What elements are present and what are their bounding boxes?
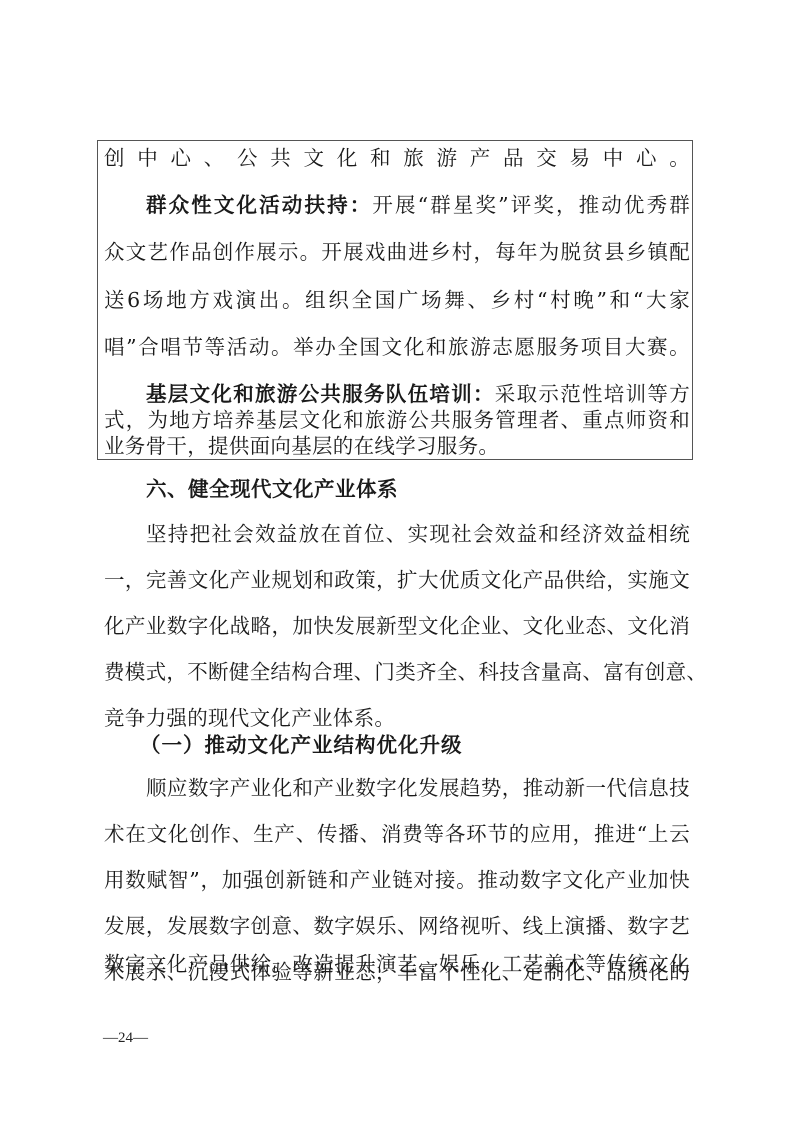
box-line-8: 业务骨干，提供面向基层的在线学习服务。	[104, 434, 690, 458]
intro-line-2: 一，完善文化产业规划和政策，扩大优质文化产品供给，实施文	[104, 568, 690, 592]
sub-line-6: 数字文化产品供给。改造提升演艺、娱乐、工艺美术等传统文化	[104, 952, 690, 976]
sub-line-3: 用数赋智”，加强创新链和产业链对接。推动数字文化产业加快	[104, 868, 690, 892]
box-line-4: 送6场地方戏演出。组织全国广场舞、乡村“村晚”和“大家	[104, 288, 690, 312]
bold-lead-group-activities: 群众性文化活动扶持：	[146, 193, 372, 217]
intro-line-5: 竞争力强的现代文化产业体系。	[104, 706, 690, 730]
sub-line-4: 发展，发展数字创意、数字娱乐、网络视听、线上演播、数字艺	[104, 914, 690, 938]
paragraph-text: 开展“群星奖”评奖，推动优秀群	[372, 193, 690, 217]
box-line-3: 众文艺作品创作展示。开展戏曲进乡村，每年为脱贫县乡镇配	[104, 240, 690, 264]
box-paragraph-group-activities: 群众性文化活动扶持：开展“群星奖”评奖，推动优秀群	[146, 193, 690, 217]
intro-line-1: 坚持把社会效益放在首位、实现社会效益和经济效益相统	[146, 522, 690, 546]
subsection-heading: （一）推动文化产业结构优化升级	[140, 733, 463, 757]
sub-line-1: 顺应数字产业化和产业数字化发展趋势，推动新一代信息技	[146, 776, 690, 800]
sub-line-2: 术在文化创作、生产、传播、消费等各环节的应用，推进“上云	[104, 822, 690, 846]
box-line-5: 唱”合唱节等活动。举办全国文化和旅游志愿服务项目大赛。	[104, 335, 690, 359]
box-paragraph-training: 基层文化和旅游公共服务队伍培训：采取示范性培训等方	[146, 382, 690, 406]
intro-line-3: 化产业数字化战略，加快发展新型文化企业、文化业态、文化消	[104, 614, 690, 638]
intro-line-4: 费模式，不断健全结构合理、门类齐全、科技含量高、富有创意、	[104, 660, 690, 684]
section-heading: 六、健全现代文化产业体系	[146, 477, 398, 501]
paragraph-text: 采取示范性培训等方	[495, 382, 690, 406]
box-line-1: 创中心、公共文化和旅游产品交易中心。	[104, 146, 690, 170]
document-page: 创中心、公共文化和旅游产品交易中心。 群众性文化活动扶持：开展“群星奖”评奖，推…	[0, 0, 793, 1122]
box-line-7: 式，为地方培养基层文化和旅游公共服务管理者、重点师资和	[104, 408, 690, 432]
page-number: —24—	[103, 1030, 148, 1047]
bold-lead-training: 基层文化和旅游公共服务队伍培训：	[146, 382, 495, 406]
